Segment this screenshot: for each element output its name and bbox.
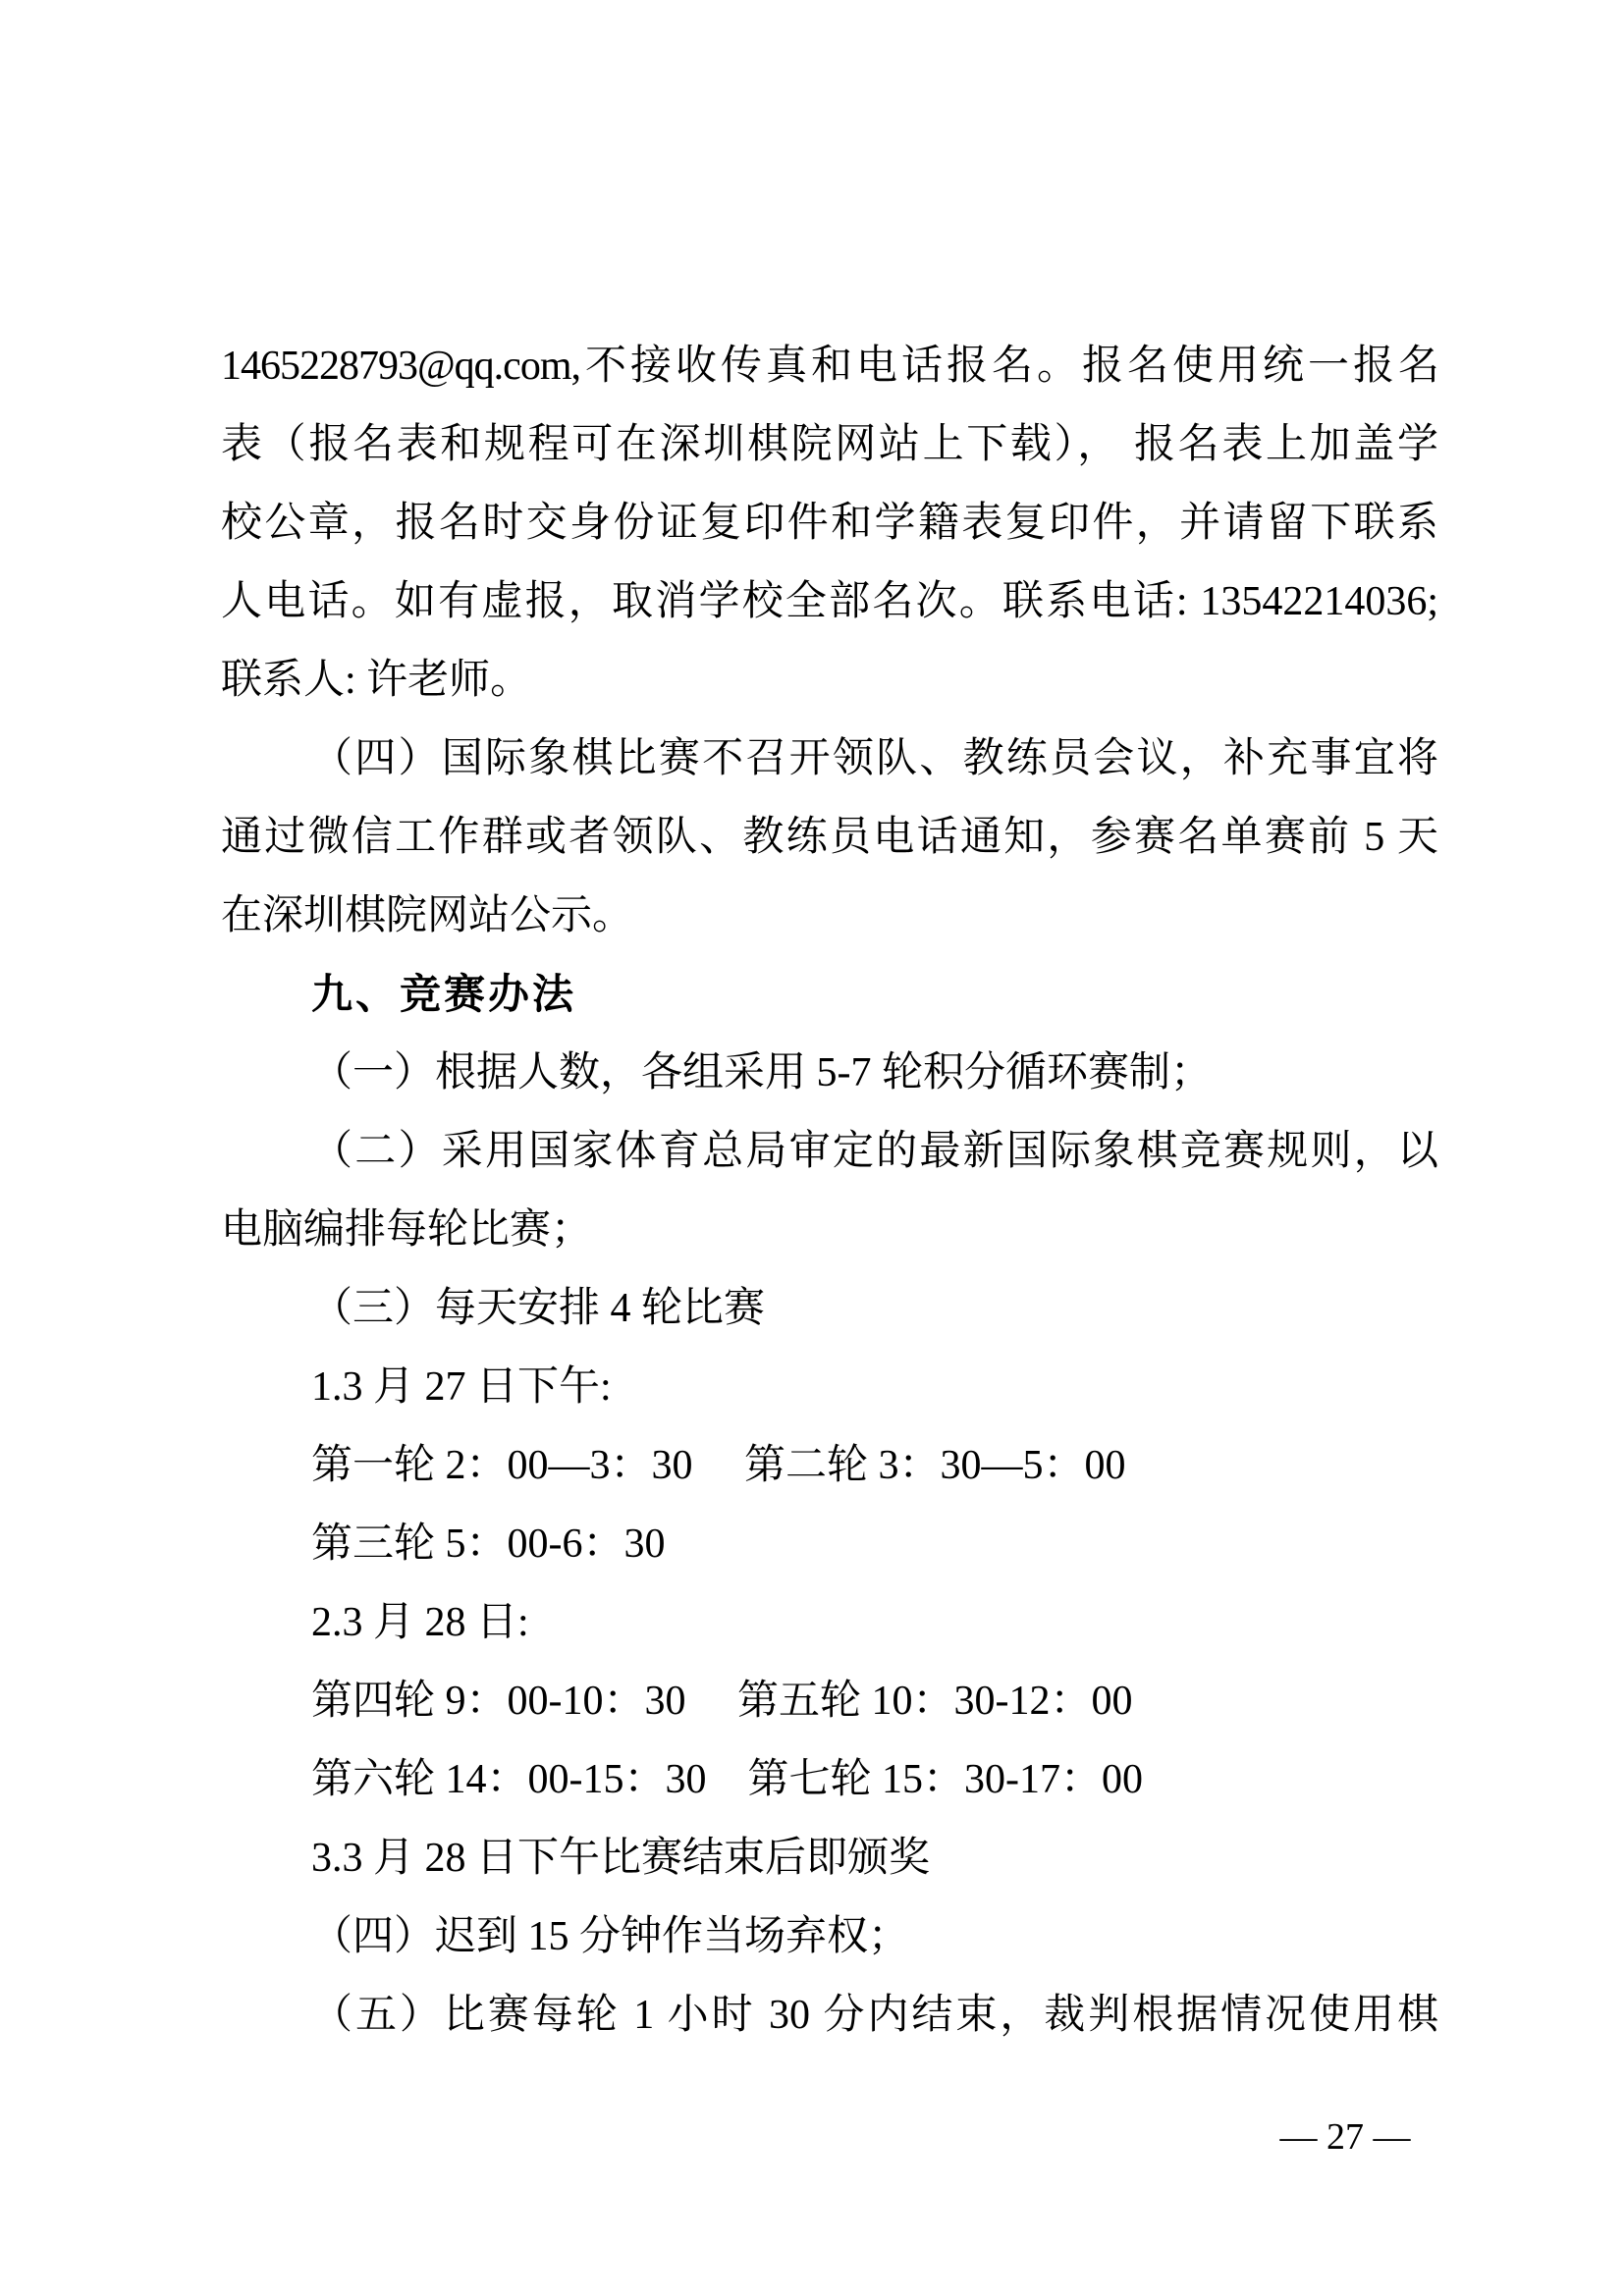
text-line: 校公章，报名时交身份证复印件和学籍表复印件，并请留下联系 — [221, 484, 1438, 562]
text-line: 2.3 月 28 日: — [221, 1583, 1438, 1662]
text-line: 通过微信工作群或者领队、教练员电话通知，参赛名单赛前 5 天 — [221, 798, 1438, 877]
text-line: 联系人: 许老师。 — [221, 641, 1438, 720]
text-line: 第六轮 14：00-15：30 第七轮 15：30-17：00 — [221, 1740, 1438, 1819]
text-line: （二）采用国家体育总局审定的最新国际象棋竞赛规则，以 — [221, 1112, 1438, 1191]
text-line: 第四轮 9：00-10：30 第五轮 10：30-12：00 — [221, 1662, 1438, 1740]
text-line: （五）比赛每轮 1 小时 30 分内结束，裁判根据情况使用棋 — [221, 1976, 1438, 2055]
text-line: 表（报名表和规程可在深圳棋院网站上下载）， 报名表上加盖学 — [221, 405, 1438, 484]
text-line: 电脑编排每轮比赛； — [221, 1191, 1438, 1269]
page-number: — 27 — — [1203, 2113, 1488, 2161]
document-body: 1465228793@qq.com,不接收传真和电话报名。报名使用统一报名表（报… — [221, 327, 1438, 2055]
text-line: 在深圳棋院网站公示。 — [221, 877, 1438, 955]
text-line: （四）迟到 15 分钟作当场弃权； — [221, 1897, 1438, 1976]
text-line: 第一轮 2：00—3：30 第二轮 3：30—5：00 — [221, 1426, 1438, 1505]
text-line: 第三轮 5：00-6：30 — [221, 1505, 1438, 1583]
text-line: 人电话。如有虚报，取消学校全部名次。联系电话: 13542214036; — [221, 562, 1438, 641]
text-line: 3.3 月 28 日下午比赛结束后即颁奖 — [221, 1819, 1438, 1897]
section-heading: 九、竞赛办法 — [221, 955, 1438, 1034]
text-line: 1465228793@qq.com,不接收传真和电话报名。报名使用统一报名 — [221, 327, 1438, 405]
text-line: 1.3 月 27 日下午: — [221, 1348, 1438, 1426]
text-line: （四）国际象棋比赛不召开领队、教练员会议，补充事宜将 — [221, 720, 1438, 798]
document-page: 1465228793@qq.com,不接收传真和电话报名。报名使用统一报名表（报… — [0, 0, 1624, 2296]
text-line: （一）根据人数，各组采用 5-7 轮积分循环赛制； — [221, 1034, 1438, 1112]
text-line: （三）每天安排 4 轮比赛 — [221, 1269, 1438, 1348]
